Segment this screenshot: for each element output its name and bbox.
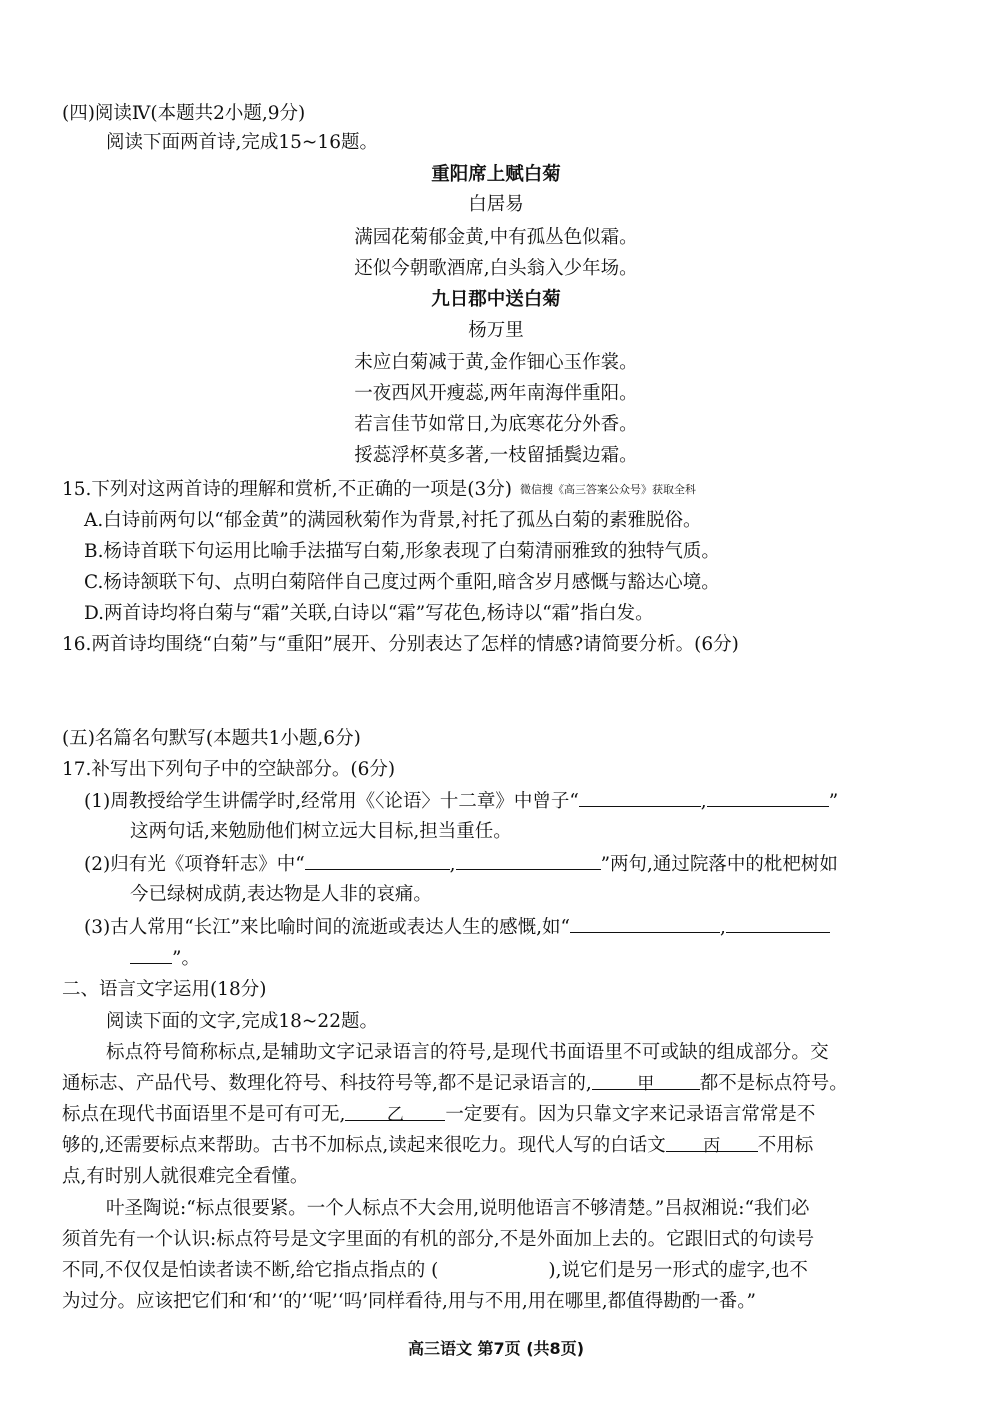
part2-instruction: 阅读下面的文字,完成18~22题。 xyxy=(106,1009,378,1035)
q17-item-3-text: (3)古人常用“长江”来比喻时间的流逝或表达人生的感慨,如“ xyxy=(84,917,570,938)
q15-option-c: C.杨诗颔联下句、点明白菊陪伴自己度过两个重阳,暗含岁月感慨与豁达心境。 xyxy=(84,570,720,596)
answer-blank[interactable] xyxy=(456,851,601,870)
para1-line: 标点在现代书面语里不是可有可无,乙一定要有。因为只靠文字来记录语言常常是不 xyxy=(62,1102,815,1128)
para1-text: 不用标 xyxy=(758,1135,814,1156)
question-17: 17.补写出下列句子中的空缺部分。(6分) xyxy=(62,757,395,783)
para1-text: 通标志、产品代号、数理化符号、科技符号等,都不是记录语言的, xyxy=(62,1073,592,1094)
closing-quote: ” xyxy=(829,791,838,812)
q17-item-2: (2)归有光《项脊轩志》中“,”两句,通过院落中的枇杷树如 xyxy=(84,851,838,878)
answer-blank[interactable] xyxy=(726,914,830,933)
closing-quote: ”。 xyxy=(172,948,200,969)
poem2-line: 未应白菊减于黄,金作钿心玉作裳。 xyxy=(0,350,992,376)
watermark-note: 微信搜《高三答案公众号》获取全科 xyxy=(520,483,696,496)
poem1-author: 白居易 xyxy=(0,192,992,218)
answer-blank[interactable] xyxy=(570,914,720,933)
q17-item-1-text: (1)周教授给学生讲儒学时,经常用《〈论语〉十二章》中曾子“ xyxy=(84,791,579,812)
question-16: 16.两首诗均围绕“白菊”与“重阳”展开、分别表达了怎样的情感?请简要分析。(6… xyxy=(62,632,739,658)
para2-text: ,说它们是另一形式的虚字,也不 xyxy=(556,1260,808,1281)
section4-heading: (四)阅读Ⅳ(本题共2小题,9分) xyxy=(62,101,305,127)
q17-item-1: (1)周教授给学生讲儒学时,经常用《〈论语〉十二章》中曾子“,” xyxy=(84,788,838,815)
question-15: 15.下列对这两首诗的理解和赏析,不正确的一项是(3分)微信搜《高三答案公众号》… xyxy=(62,477,696,503)
q17-item-2-text: (2)归有光《项脊轩志》中“ xyxy=(84,854,305,875)
answer-blank[interactable] xyxy=(130,945,172,964)
poem1-line: 还似今朝歌酒席,白头翁入少年场。 xyxy=(0,256,992,282)
poem1-line: 满园花菊郁金黄,中有孤丛色似霜。 xyxy=(0,225,992,251)
q17-item-2-cont: 今已绿树成荫,表达物是人非的哀痛。 xyxy=(130,882,432,908)
answer-blank[interactable] xyxy=(707,788,829,807)
para1-text: 够的,还需要标点来帮助。古书不加标点,读起来很吃力。现代人写的白话文 xyxy=(62,1135,666,1156)
poem1-title: 重阳席上赋白菊 xyxy=(0,162,992,188)
section5-heading: (五)名篇名句默写(本题共1小题,6分) xyxy=(62,726,361,752)
q17-item-3-cont: ”。 xyxy=(130,945,200,972)
blank-yi[interactable]: 乙 xyxy=(345,1102,445,1121)
page-footer: 高三语文 第7页 (共8页) xyxy=(0,1336,992,1362)
q17-item-2-after: ”两句,通过院落中的枇杷树如 xyxy=(601,854,838,875)
blank-jia[interactable]: 甲 xyxy=(592,1071,700,1090)
q15-option-a: A.白诗前两句以“郁金黄”的满园秋菊作为背景,衬托了孤丛白菊的素雅脱俗。 xyxy=(84,508,702,534)
question-15-stem: 15.下列对这两首诗的理解和赏析,不正确的一项是(3分) xyxy=(62,479,512,500)
para1-line: 够的,还需要标点来帮助。古书不加标点,读起来很吃力。现代人写的白话文丙不用标 xyxy=(62,1133,813,1159)
q17-item-3: (3)古人常用“长江”来比喻时间的流逝或表达人生的感慨,如“, xyxy=(84,914,830,941)
q15-option-d: D.两首诗均将白菊与“霜”关联,白诗以“霜”写花色,杨诗以“霜”指白发。 xyxy=(84,601,654,627)
section4-instruction: 阅读下面两首诗,完成15~16题。 xyxy=(106,130,378,156)
blank-bing[interactable]: 丙 xyxy=(666,1133,758,1152)
q17-item-1-cont: 这两句话,来勉励他们树立远大目标,担当重任。 xyxy=(130,819,512,845)
poem2-author: 杨万里 xyxy=(0,318,992,344)
para2-line: 为过分。应该把它们和‘和’‘的’‘呢’‘吗’同样看待,用与不用,用在哪里,都值得… xyxy=(62,1289,756,1315)
para1-text: 都不是标点符号。 xyxy=(700,1073,848,1094)
poem2-line: 挼蕊浮杯莫多著,一枝留插鬓边霜。 xyxy=(0,443,992,469)
para2-line: 须首先有一个认识:标点符号是文字里面的有机的部分,不是外面加上去的。它跟旧式的句… xyxy=(62,1227,814,1253)
poem2-line: 一夜西风开瘦蕊,两年南海伴重阳。 xyxy=(0,381,992,407)
para2-line: 不同,不仅仅是怕读者读不断,给它指点指点的 (),说它们是另一形式的虚字,也不 xyxy=(62,1258,808,1284)
answer-blank[interactable] xyxy=(305,851,450,870)
para2-text: 不同,不仅仅是怕读者读不断,给它指点指点的 xyxy=(62,1260,425,1281)
paren-open: ( xyxy=(431,1260,438,1281)
q15-option-b: B.杨诗首联下句运用比喻手法描写白菊,形象表现了白菊清丽雅致的独特气质。 xyxy=(84,539,720,565)
para1-line: 点,有时别人就很难完全看懂。 xyxy=(62,1164,308,1190)
paren-close: ) xyxy=(548,1260,555,1281)
para1-line: 标点符号简称标点,是辅助文字记录语言的符号,是现代书面语里不可或缺的组成部分。交 xyxy=(106,1040,829,1066)
answer-blank[interactable] xyxy=(579,788,701,807)
para1-line: 通标志、产品代号、数理化符号、科技符号等,都不是记录语言的,甲都不是标点符号。 xyxy=(62,1071,848,1097)
part2-heading: 二、语言文字运用(18分) xyxy=(62,977,266,1003)
para1-text: 标点在现代书面语里不是可有可无, xyxy=(62,1104,345,1125)
para2-line: 叶圣陶说:“标点很要紧。一个人标点不大会用,说明他语言不够清楚。”吕叔湘说:“我… xyxy=(106,1196,809,1222)
poem2-title: 九日郡中送白菊 xyxy=(0,287,992,313)
poem2-line: 若言佳节如常日,为底寒花分外香。 xyxy=(0,412,992,438)
para1-text: 一定要有。因为只靠文字来记录语言常常是不 xyxy=(445,1104,815,1125)
